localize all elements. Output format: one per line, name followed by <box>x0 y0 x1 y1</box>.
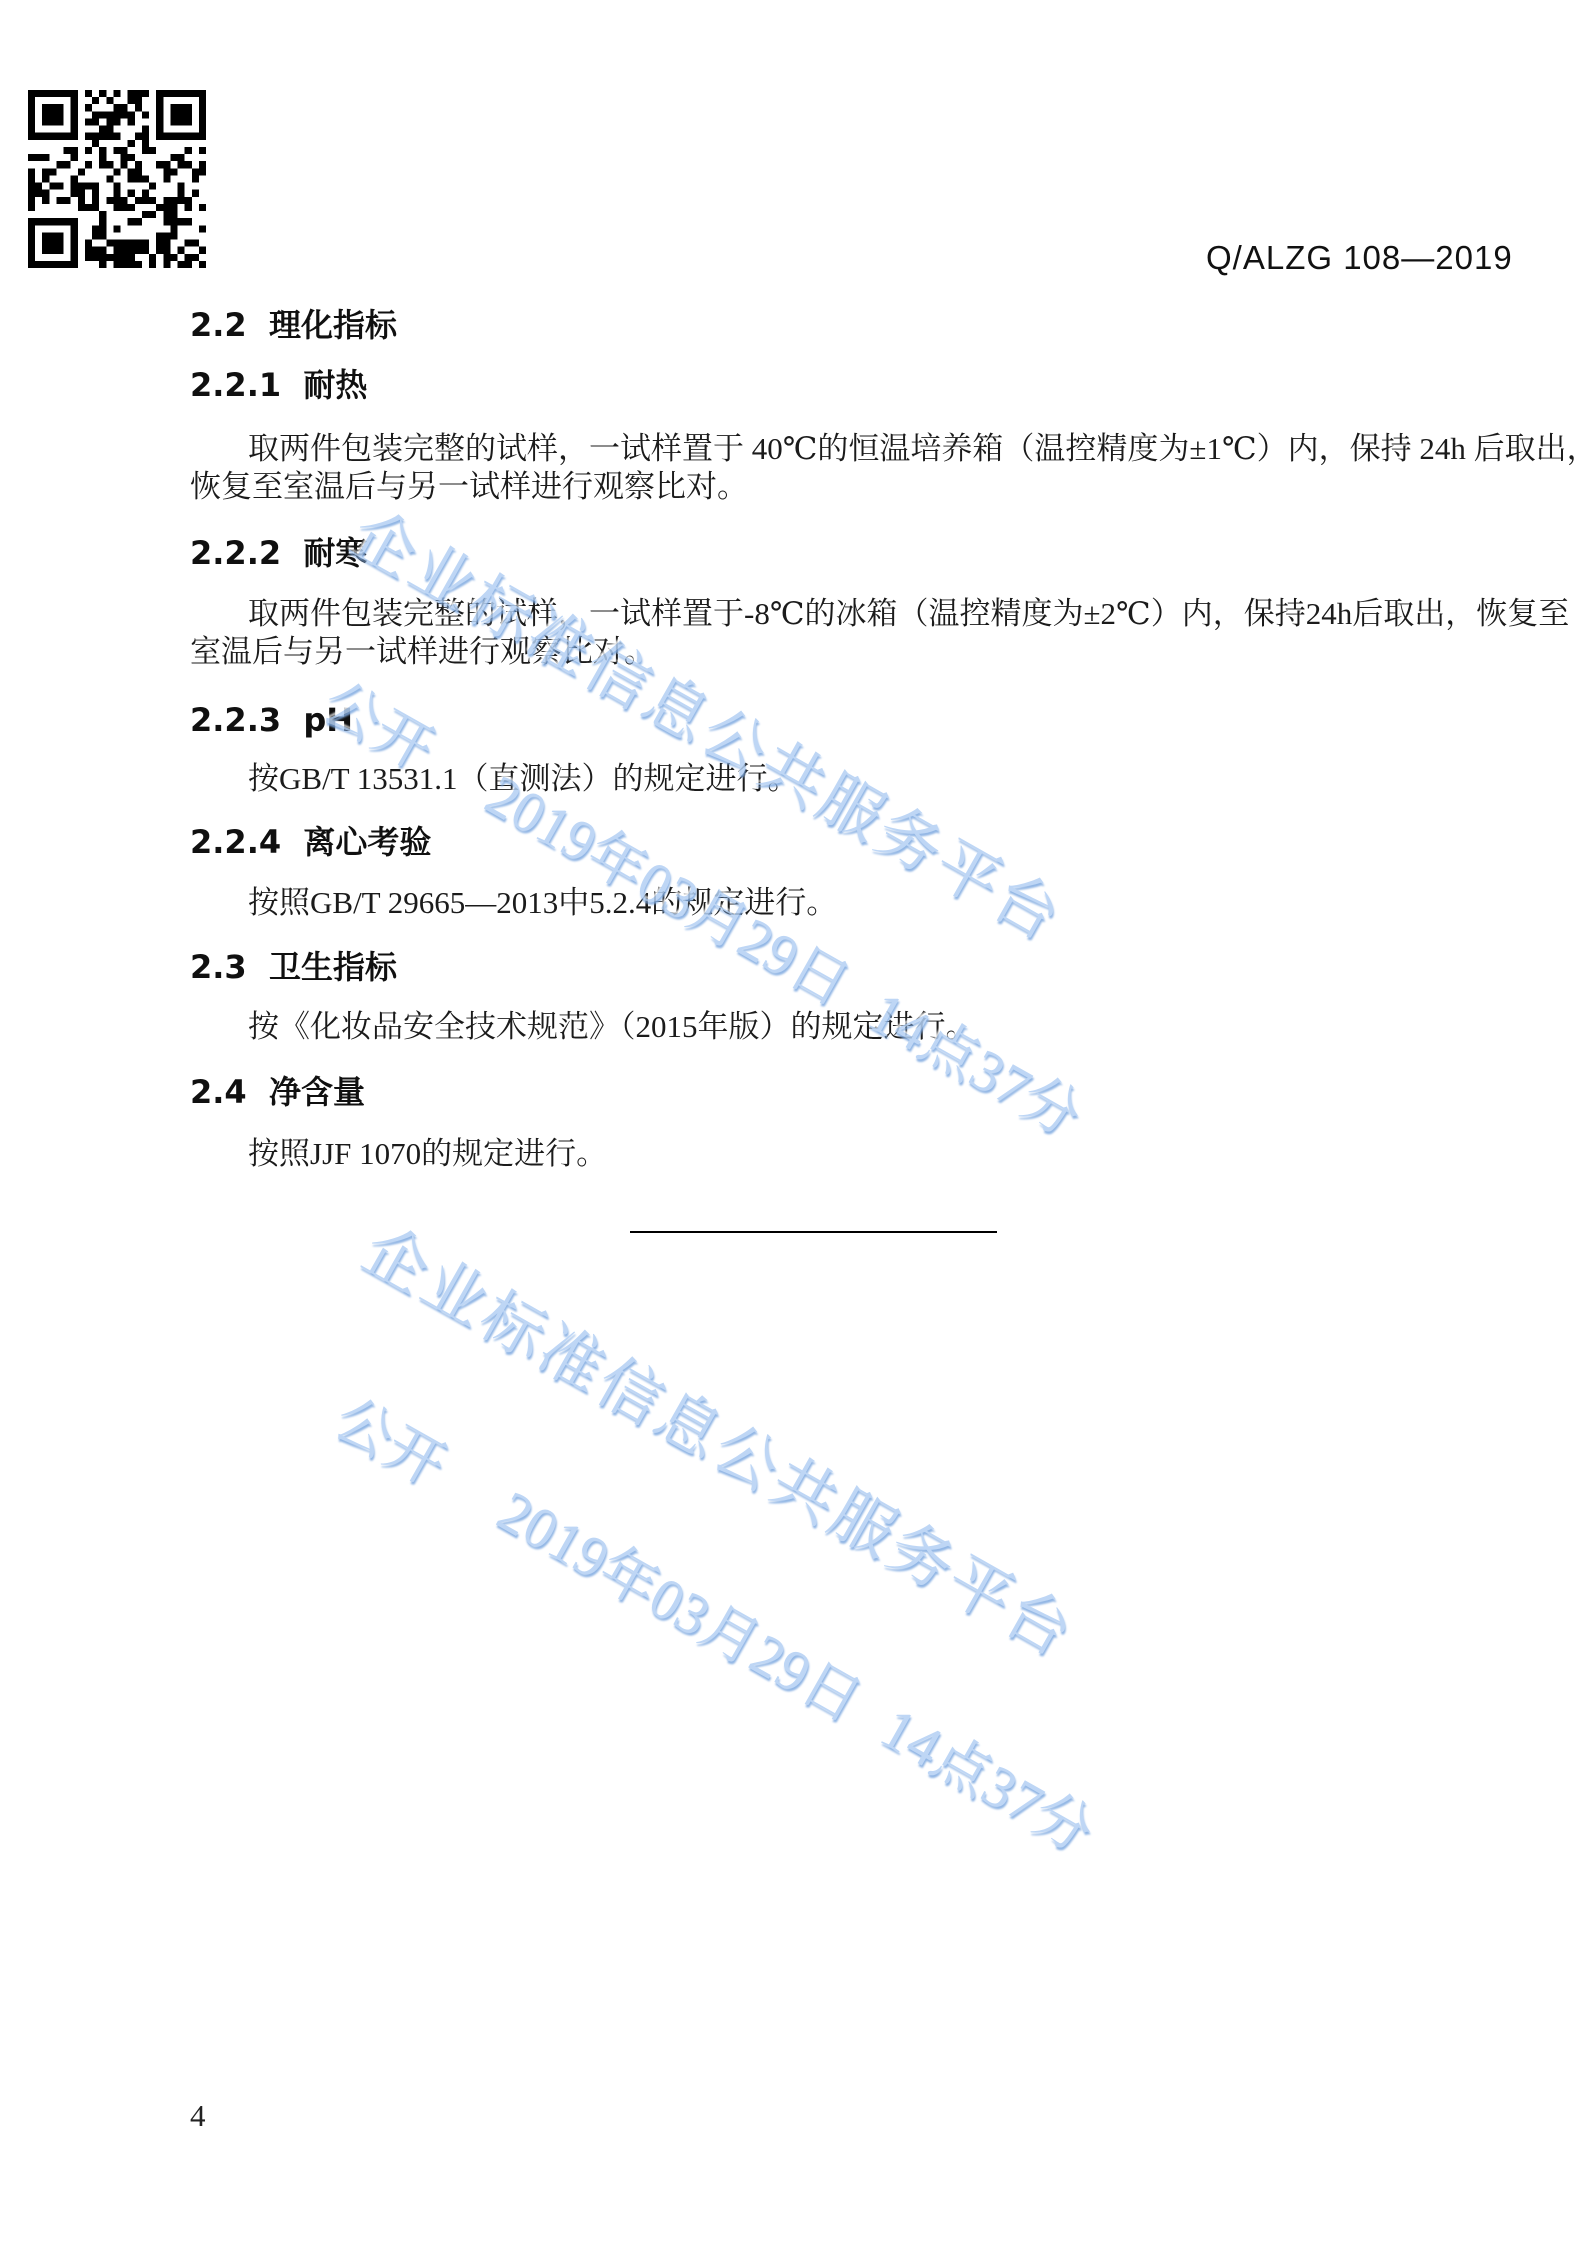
paragraph-hygiene: 按《化妆品安全技术规范》（2015年版）的规定进行。 <box>190 1008 1470 1046</box>
text-line: 取两件包装完整的试样，一试样置于 40℃的恒温培养箱（温控精度为±1℃）内，保持… <box>190 430 1470 468</box>
paragraph-net-content: 按照JJF 1070的规定进行。 <box>190 1135 1470 1173</box>
heading-2-2: 2.2 理化指标 <box>190 305 1470 345</box>
watermark-open-label: 公开 <box>324 1385 457 1499</box>
text-line: 室温后与另一试样进行观察比对。 <box>190 633 1470 671</box>
heading-2-2-2: 2.2.2 耐寒 <box>190 533 1470 573</box>
document-page: Q/ALZG 108—2019 企业标准信息公共服务平台 公开2019年03月2… <box>0 0 1588 2245</box>
watermark-date: 2019年03月29日 <box>487 1478 872 1735</box>
text-line: 按《化妆品安全技术规范》（2015年版）的规定进行。 <box>190 1008 1470 1046</box>
text-line: 按照JJF 1070的规定进行。 <box>190 1135 1470 1173</box>
page-number: 4 <box>190 2098 206 2134</box>
heading-2-4: 2.4 净含量 <box>190 1072 1470 1112</box>
heading-2-2-1: 2.2.1 耐热 <box>190 365 1470 405</box>
paragraph-cold-resistance: 取两件包装完整的试样，一试样置于-8℃的冰箱（温控精度为±2℃）内，保持24h后… <box>190 595 1470 671</box>
text-line: 按照GB/T 29665—2013中5.2.4的规定进行。 <box>190 884 1470 922</box>
heading-2-3: 2.3 卫生指标 <box>190 947 1470 987</box>
watermark-time: 14点37分 <box>870 1695 1104 1866</box>
document-body: 2.2 理化指标 2.2.1 耐热 取两件包装完整的试样，一试样置于 40℃的恒… <box>190 290 1470 1173</box>
qr-code-image <box>28 90 206 268</box>
text-line: 按GB/T 13531.1（直测法）的规定进行。 <box>190 760 1470 798</box>
text-line: 恢复至室温后与另一试样进行观察比对。 <box>190 468 1470 506</box>
qr-code <box>28 90 206 268</box>
watermark-meta-line: 公开2019年03月29日14点37分 <box>271 1344 1111 1869</box>
paragraph-centrifuge-test: 按照GB/T 29665—2013中5.2.4的规定进行。 <box>190 884 1470 922</box>
standard-code: Q/ALZG 108—2019 <box>1206 239 1513 277</box>
paragraph-ph: 按GB/T 13531.1（直测法）的规定进行。 <box>190 760 1470 798</box>
footer-divider <box>630 1231 997 1233</box>
heading-2-2-3: 2.2.3 pH <box>190 700 1470 740</box>
heading-2-2-4: 2.2.4 离心考验 <box>190 822 1470 862</box>
paragraph-heat-resistance: 取两件包装完整的试样，一试样置于 40℃的恒温培养箱（温控精度为±1℃）内，保持… <box>190 430 1470 506</box>
watermark-platform-text: 企业标准信息公共服务平台 <box>349 1199 1193 1731</box>
watermark: 企业标准信息公共服务平台 公开2019年03月29日14点37分 <box>253 1168 1211 1900</box>
text-line: 取两件包装完整的试样，一试样置于-8℃的冰箱（温控精度为±2℃）内，保持24h后… <box>190 595 1470 633</box>
